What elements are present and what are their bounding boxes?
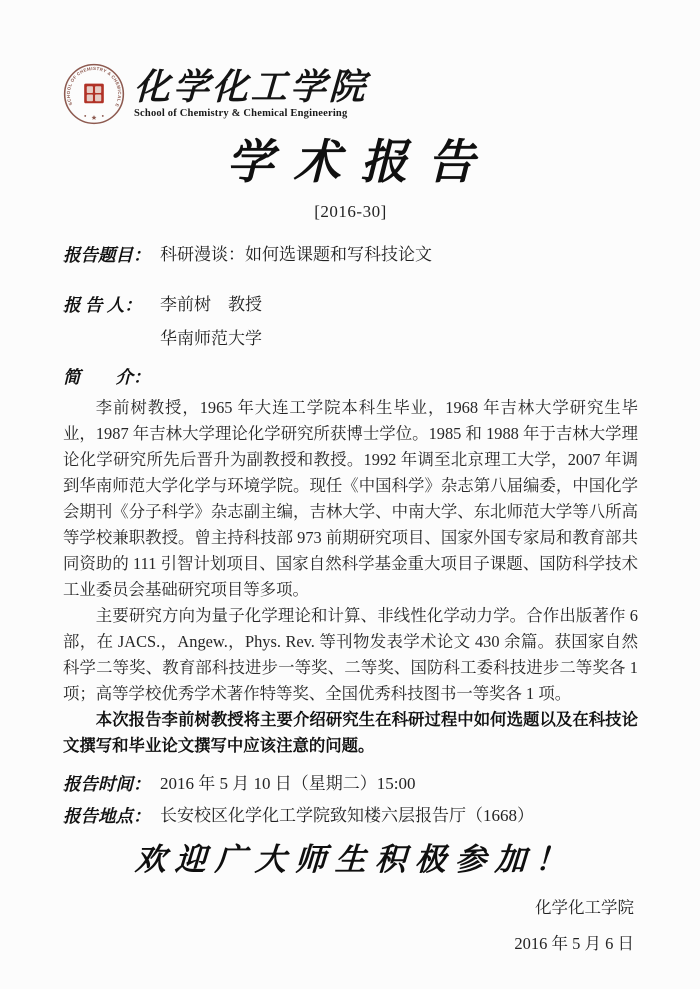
speaker-label: 报 告 人： <box>63 290 160 320</box>
document-footer: 化学化工学院 2016 年 5 月 6 日 <box>63 890 638 962</box>
intro-body: 李前树教授，1965 年大连工学院本科生毕业，1968 年吉林大学研究生毕业，1… <box>63 395 638 759</box>
place-label: 报告地点： <box>63 801 160 831</box>
school-name-english: School of Chemistry & Chemical Engineeri… <box>134 108 368 119</box>
place-value: 长安校区化学化工学院致知楼六层报告厅（1668） <box>160 801 638 831</box>
welcome-line: 欢迎广大师生积极参加！ <box>62 838 639 882</box>
intro-label: 简 介： <box>63 362 638 392</box>
topic-label: 报告题目： <box>63 240 160 270</box>
intro-paragraph-bio: 李前树教授，1965 年大连工学院本科生毕业，1968 年吉林大学研究生毕业，1… <box>63 395 638 603</box>
time-row: 报告时间： 2016 年 5 月 10 日（星期二）15:00 <box>63 769 638 799</box>
speaker-value: 李前树 教授 <box>160 290 638 320</box>
footer-date: 2016 年 5 月 6 日 <box>63 926 634 962</box>
page-title: 学术报告 <box>63 136 638 191</box>
seal-star-icon <box>92 115 97 120</box>
speaker-affiliation-spacer <box>63 324 160 354</box>
announcement-document: SCHOOL OF CHEMISTRY & CHEMICAL ENGINEERI… <box>0 0 700 989</box>
footer-organization: 化学化工学院 <box>63 890 634 926</box>
topic-row: 报告题目： 科研漫谈：如何选课题和写科技论文 <box>63 240 638 270</box>
speaker-row: 报 告 人： 李前树 教授 <box>63 290 638 320</box>
school-logo-text: 化学化工学院 School of Chemistry & Chemical En… <box>134 69 368 120</box>
school-seal-icon: SCHOOL OF CHEMISTRY & CHEMICAL ENGINEERI… <box>63 63 125 125</box>
intro-paragraph-research: 主要研究方向为量子化学理论和计算、非线性化学动力学。合作出版著作 6 部，在 J… <box>63 603 638 707</box>
school-logo: SCHOOL OF CHEMISTRY & CHEMICAL ENGINEERI… <box>63 56 638 132</box>
issue-number: [2016-30] <box>63 200 638 224</box>
time-label: 报告时间： <box>63 769 160 799</box>
intro-paragraph-highlight: 本次报告李前树教授将主要介绍研究生在科研过程中如何选题以及在科技论文撰写和毕业论… <box>63 707 638 759</box>
topic-value: 科研漫谈：如何选课题和写科技论文 <box>160 240 638 270</box>
speaker-affiliation: 华南师范大学 <box>160 324 638 354</box>
school-name-chinese: 化学化工学院 <box>133 69 368 107</box>
place-row: 报告地点： 长安校区化学化工学院致知楼六层报告厅（1668） <box>63 801 638 831</box>
speaker-affiliation-row: 华南师范大学 <box>63 324 638 354</box>
time-value: 2016 年 5 月 10 日（星期二）15:00 <box>160 769 638 799</box>
